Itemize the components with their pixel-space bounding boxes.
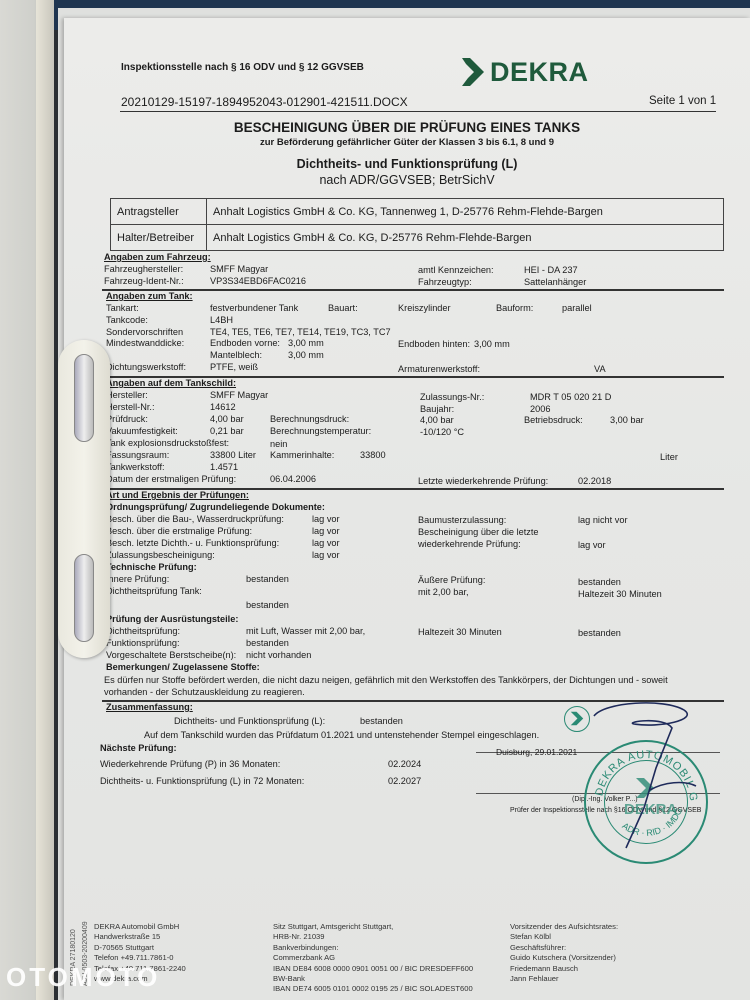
license-plate: HEI - DA 237 <box>524 265 578 275</box>
operator-value: Anhalt Logistics GmbH & Co. KG, D-25776 … <box>207 225 724 251</box>
clip-slot <box>74 354 94 442</box>
capacity: 33800 Liter <box>210 450 256 460</box>
last-cert-label: Bescheinigung über die letzte <box>418 527 539 537</box>
vacuum: 0,21 bar <box>210 426 244 436</box>
stamp-note: Auf dem Tankschild wurden das Prüfdatum … <box>144 730 539 740</box>
vehicle-type: Sattelanhänger <box>524 277 586 287</box>
chambers-label: Kammerinhalte: <box>270 450 334 460</box>
special-provisions-label: Sondervorschriften <box>106 327 183 337</box>
seal-material-label: Dichtungswerkstoff: <box>106 362 186 372</box>
table-row: Halter/Betreiber Anhalt Logistics GmbH &… <box>111 225 724 251</box>
doc-label: Zulassungsbescheinigung: <box>106 550 215 560</box>
footer-line: Stefan Kölbl <box>510 932 618 942</box>
equipment-leak-label: Dichtheitsprüfung: <box>106 626 180 636</box>
footer-line: Vorsitzender des Aufsichtsrates: <box>510 922 618 932</box>
burst-disc: nicht vorhanden <box>246 650 311 660</box>
docs-heading: Ordnungsprüfung/ Zugrundeliegende Dokume… <box>106 502 325 512</box>
last-cert-label: wiederkehrende Prüfung: <box>418 539 521 549</box>
footer-line: Jann Fehlauer <box>510 974 618 984</box>
calc-pressure: 4,00 bar <box>420 415 454 425</box>
operating-pressure: 3,00 bar <box>610 415 644 425</box>
remarks-text-2: vorhanden - der Schutzauskleidung zu rea… <box>104 687 305 697</box>
doc-label: Besch. letzte Dichth.- u. Funktionsprüfu… <box>106 538 279 548</box>
shell-value: 3,00 mm <box>288 350 324 360</box>
binder-clip <box>58 340 110 658</box>
function-test-label: Funktionsprüfung: <box>106 638 180 648</box>
next-leak-date: 02.2027 <box>388 776 421 786</box>
footer-line: Friedemann Bausch <box>510 964 618 974</box>
wall-thickness-label: Mindestwanddicke: <box>106 338 184 348</box>
inner-test-result: bestanden <box>246 574 289 584</box>
tankcode: L4BH <box>210 315 233 325</box>
doc-value: lag vor <box>312 550 340 560</box>
footer-registry: Sitz Stuttgart, Amtsgericht Stuttgart, H… <box>273 922 473 995</box>
vin-label: Fahrzeug-Ident-Nr.: <box>104 276 184 286</box>
operating-pressure-label: Betriebsdruck: <box>524 415 583 425</box>
footer-line: Handwerkstraße 15 <box>94 932 186 942</box>
type-approval: lag nicht vor <box>578 515 628 525</box>
last-cert: lag vor <box>578 540 606 550</box>
page-title: BESCHEINIGUNG ÜBER DIE PRÜFUNG EINES TAN… <box>64 120 750 135</box>
test-basis: nach ADR/GGVSEB; BetrSichV <box>64 173 750 187</box>
vehicle-manufacturer: SMFF Magyar <box>210 264 268 274</box>
footer-line: Commerzbank AG <box>273 953 473 963</box>
capacity-label: Fassungsraum: <box>106 450 169 460</box>
dekra-chevron-icon <box>460 56 486 88</box>
watermark: OTOMOTO <box>6 962 160 993</box>
front-end-label: Endboden vorne: <box>210 338 280 348</box>
background-paper-edge <box>36 0 54 1000</box>
bauform-label: Bauform: <box>496 303 533 313</box>
leak-test-hold: Haltezeit 30 Minuten <box>578 589 662 599</box>
remarks-heading: Bemerkungen/ Zugelassene Stoffe: <box>106 662 260 672</box>
parties-table: Antragsteller Anhalt Logistics GmbH & Co… <box>110 198 724 251</box>
certificate-page: Inspektionsstelle nach § 16 ODV und § 12… <box>64 18 750 1000</box>
vehicle-type-label: Fahrzeugtyp: <box>418 277 472 287</box>
last-test-label: Letzte wiederkehrende Prüfung: <box>418 476 548 486</box>
year-label: Baujahr: <box>420 404 454 414</box>
tank-material-label: Tankwerkstoff: <box>106 462 165 472</box>
build-year: 2006 <box>530 404 550 414</box>
outer-test-result: bestanden <box>578 577 621 587</box>
approval-label: Zulassungs-Nr.: <box>420 392 484 402</box>
footer-line: D-70565 Stuttgart <box>94 943 186 953</box>
maker: SMFF Magyar <box>210 390 268 400</box>
remarks-text-1: Es dürfen nur Stoffe befördert werden, d… <box>104 675 668 685</box>
test-pressure-label: Prüfdruck: <box>106 414 148 424</box>
leak-test-pressure: mit 2,00 bar, <box>418 587 469 597</box>
approval-number: MDR T 05 020 21 D <box>530 392 611 402</box>
seal-material: PTFE, weiß <box>210 362 258 372</box>
test-pressure: 4,00 bar <box>210 414 244 424</box>
outer-test-label: Äußere Prüfung: <box>418 575 485 585</box>
leak-test-label: Dichtheitsprüfung Tank: <box>106 586 202 596</box>
serial-label: Herstell-Nr.: <box>106 402 155 412</box>
doc-value: lag vor <box>312 514 340 524</box>
summary-heading: Zusammenfassung: <box>106 702 193 712</box>
inspection-body: Inspektionsstelle nach § 16 ODV und § 12… <box>121 62 364 73</box>
applicant-label: Antragsteller <box>111 199 207 225</box>
tank-plate-heading: Angaben auf dem Tankschild: <box>106 378 236 388</box>
vin: VP3S34EBD6FAC0216 <box>210 276 306 286</box>
footer-line: Guido Kutschera (Vorsitzender) <box>510 953 618 963</box>
divider <box>120 111 716 112</box>
page-number: Seite 1 von 1 <box>649 95 716 107</box>
doc-label: Besch. über die Bau-, Wasserdruckprüfung… <box>106 514 284 524</box>
equipment-leak-medium: mit Luft, Wasser mit 2,00 bar, <box>246 626 365 636</box>
footer-management: Vorsitzender des Aufsichtsrates: Stefan … <box>510 922 618 984</box>
explosion-label: Tank explosionsdruckstoßfest: <box>106 438 229 448</box>
next-leak-label: Dichtheits- u. Funktionsprüfung (L) in 7… <box>100 776 304 786</box>
burst-disc-label: Vorgeschaltete Berstscheibe(n): <box>106 650 236 660</box>
tankart: festverbundener Tank <box>210 303 298 313</box>
doc-value: lag vor <box>312 526 340 536</box>
next-periodic-date: 02.2024 <box>388 759 421 769</box>
applicant-value: Anhalt Logistics GmbH & Co. KG, Tannenwe… <box>207 199 724 225</box>
footer-line: HRB-Nr. 21039 <box>273 932 473 942</box>
rear-end-label: Endboden hinten: <box>398 339 470 349</box>
test-type: Dichtheits- und Funktionsprüfung (L) <box>64 157 750 171</box>
doc-label: Besch. über die erstmalige Prüfung: <box>106 526 252 536</box>
next-test-heading: Nächste Prüfung: <box>100 743 177 753</box>
leak-test-result: bestanden <box>246 600 289 610</box>
serial-number: 14612 <box>210 402 236 412</box>
front-end-value: 3,00 mm <box>288 338 324 348</box>
equipment-leak-hold: Haltezeit 30 Minuten <box>418 627 502 637</box>
special-provisions: TE4, TE5, TE6, TE7, TE14, TE19, TC3, TC7 <box>210 327 391 337</box>
table-row: Antragsteller Anhalt Logistics GmbH & Co… <box>111 199 724 225</box>
shell-label: Mantelblech: <box>210 350 262 360</box>
dekra-logo: DEKRA <box>460 56 589 88</box>
chambers-unit: Liter <box>660 452 678 462</box>
bauart: Kreiszylinder <box>398 303 451 313</box>
vacuum-label: Vakuumfestigkeit: <box>106 426 178 436</box>
fittings-material: VA <box>594 364 606 374</box>
equipment-heading: Prüfung der Ausrüstungsteile: <box>106 614 238 624</box>
last-test-date: 02.2018 <box>578 476 611 486</box>
divider <box>102 289 724 291</box>
plate-label: amtl Kennzeichen: <box>418 265 494 275</box>
equipment-leak-result: bestanden <box>578 628 621 638</box>
calc-temp-label: Berechnungstemperatur: <box>270 426 371 436</box>
bauform: parallel <box>562 303 592 313</box>
tank-heading: Angaben zum Tank: <box>106 291 193 301</box>
tank-material: 1.4571 <box>210 462 238 472</box>
tankart-label: Tankart: <box>106 303 139 313</box>
footer-line: BW-Bank <box>273 974 473 984</box>
inner-test-label: Innere Prüfung: <box>106 574 169 584</box>
maker-label: Hersteller: <box>106 390 148 400</box>
footer-line: Sitz Stuttgart, Amtsgericht Stuttgart, <box>273 922 473 932</box>
footer-line: IBAN DE74 6005 0101 0002 0195 25 / BIC S… <box>273 984 473 994</box>
footer-line: Geschäftsführer: <box>510 943 618 953</box>
document-id: 20210129-15197-1894952043-012901-421511.… <box>121 95 408 109</box>
function-test-result: bestanden <box>246 638 289 648</box>
fittings-material-label: Armaturenwerkstoff: <box>398 364 480 374</box>
footer-line: DEKRA Automobil GmbH <box>94 922 186 932</box>
next-periodic-label: Wiederkehrende Prüfung (P) in 36 Monaten… <box>100 759 280 769</box>
signature <box>564 698 714 858</box>
calc-pressure-label: Berechnungsdruck: <box>270 414 349 424</box>
summary-test-result: bestanden <box>360 716 403 726</box>
clip-slot <box>74 554 94 642</box>
first-test-date: 06.04.2006 <box>270 474 316 484</box>
footer-line: IBAN DE84 6008 0000 0901 0051 00 / BIC D… <box>273 964 473 974</box>
tankcode-label: Tankcode: <box>106 315 148 325</box>
vehicle-heading: Angaben zum Fahrzeug: <box>104 252 211 262</box>
results-heading: Art und Ergebnis der Prüfungen: <box>106 490 249 500</box>
vehicle-manufacturer-label: Fahrzeughersteller: <box>104 264 183 274</box>
doc-value: lag vor <box>312 538 340 548</box>
summary-test-label: Dichtheits- und Funktionsprüfung (L): <box>174 716 325 726</box>
chambers: 33800 <box>360 450 386 460</box>
rear-end-value: 3,00 mm <box>474 339 510 349</box>
type-approval-label: Baumusterzulassung: <box>418 515 506 525</box>
calc-temp: -10/120 °C <box>420 427 464 437</box>
tech-heading: Technische Prüfung: <box>106 562 197 572</box>
footer-line: Bankverbindungen: <box>273 943 473 953</box>
page-subtitle: zur Beförderung gefährlicher Güter der K… <box>64 137 750 148</box>
first-test-label: Datum der erstmaligen Prüfung: <box>106 474 236 484</box>
bauart-label: Bauart: <box>328 303 358 313</box>
explosion-resistant: nein <box>270 439 287 449</box>
logo-text: DEKRA <box>490 57 589 88</box>
operator-label: Halter/Betreiber <box>111 225 207 251</box>
